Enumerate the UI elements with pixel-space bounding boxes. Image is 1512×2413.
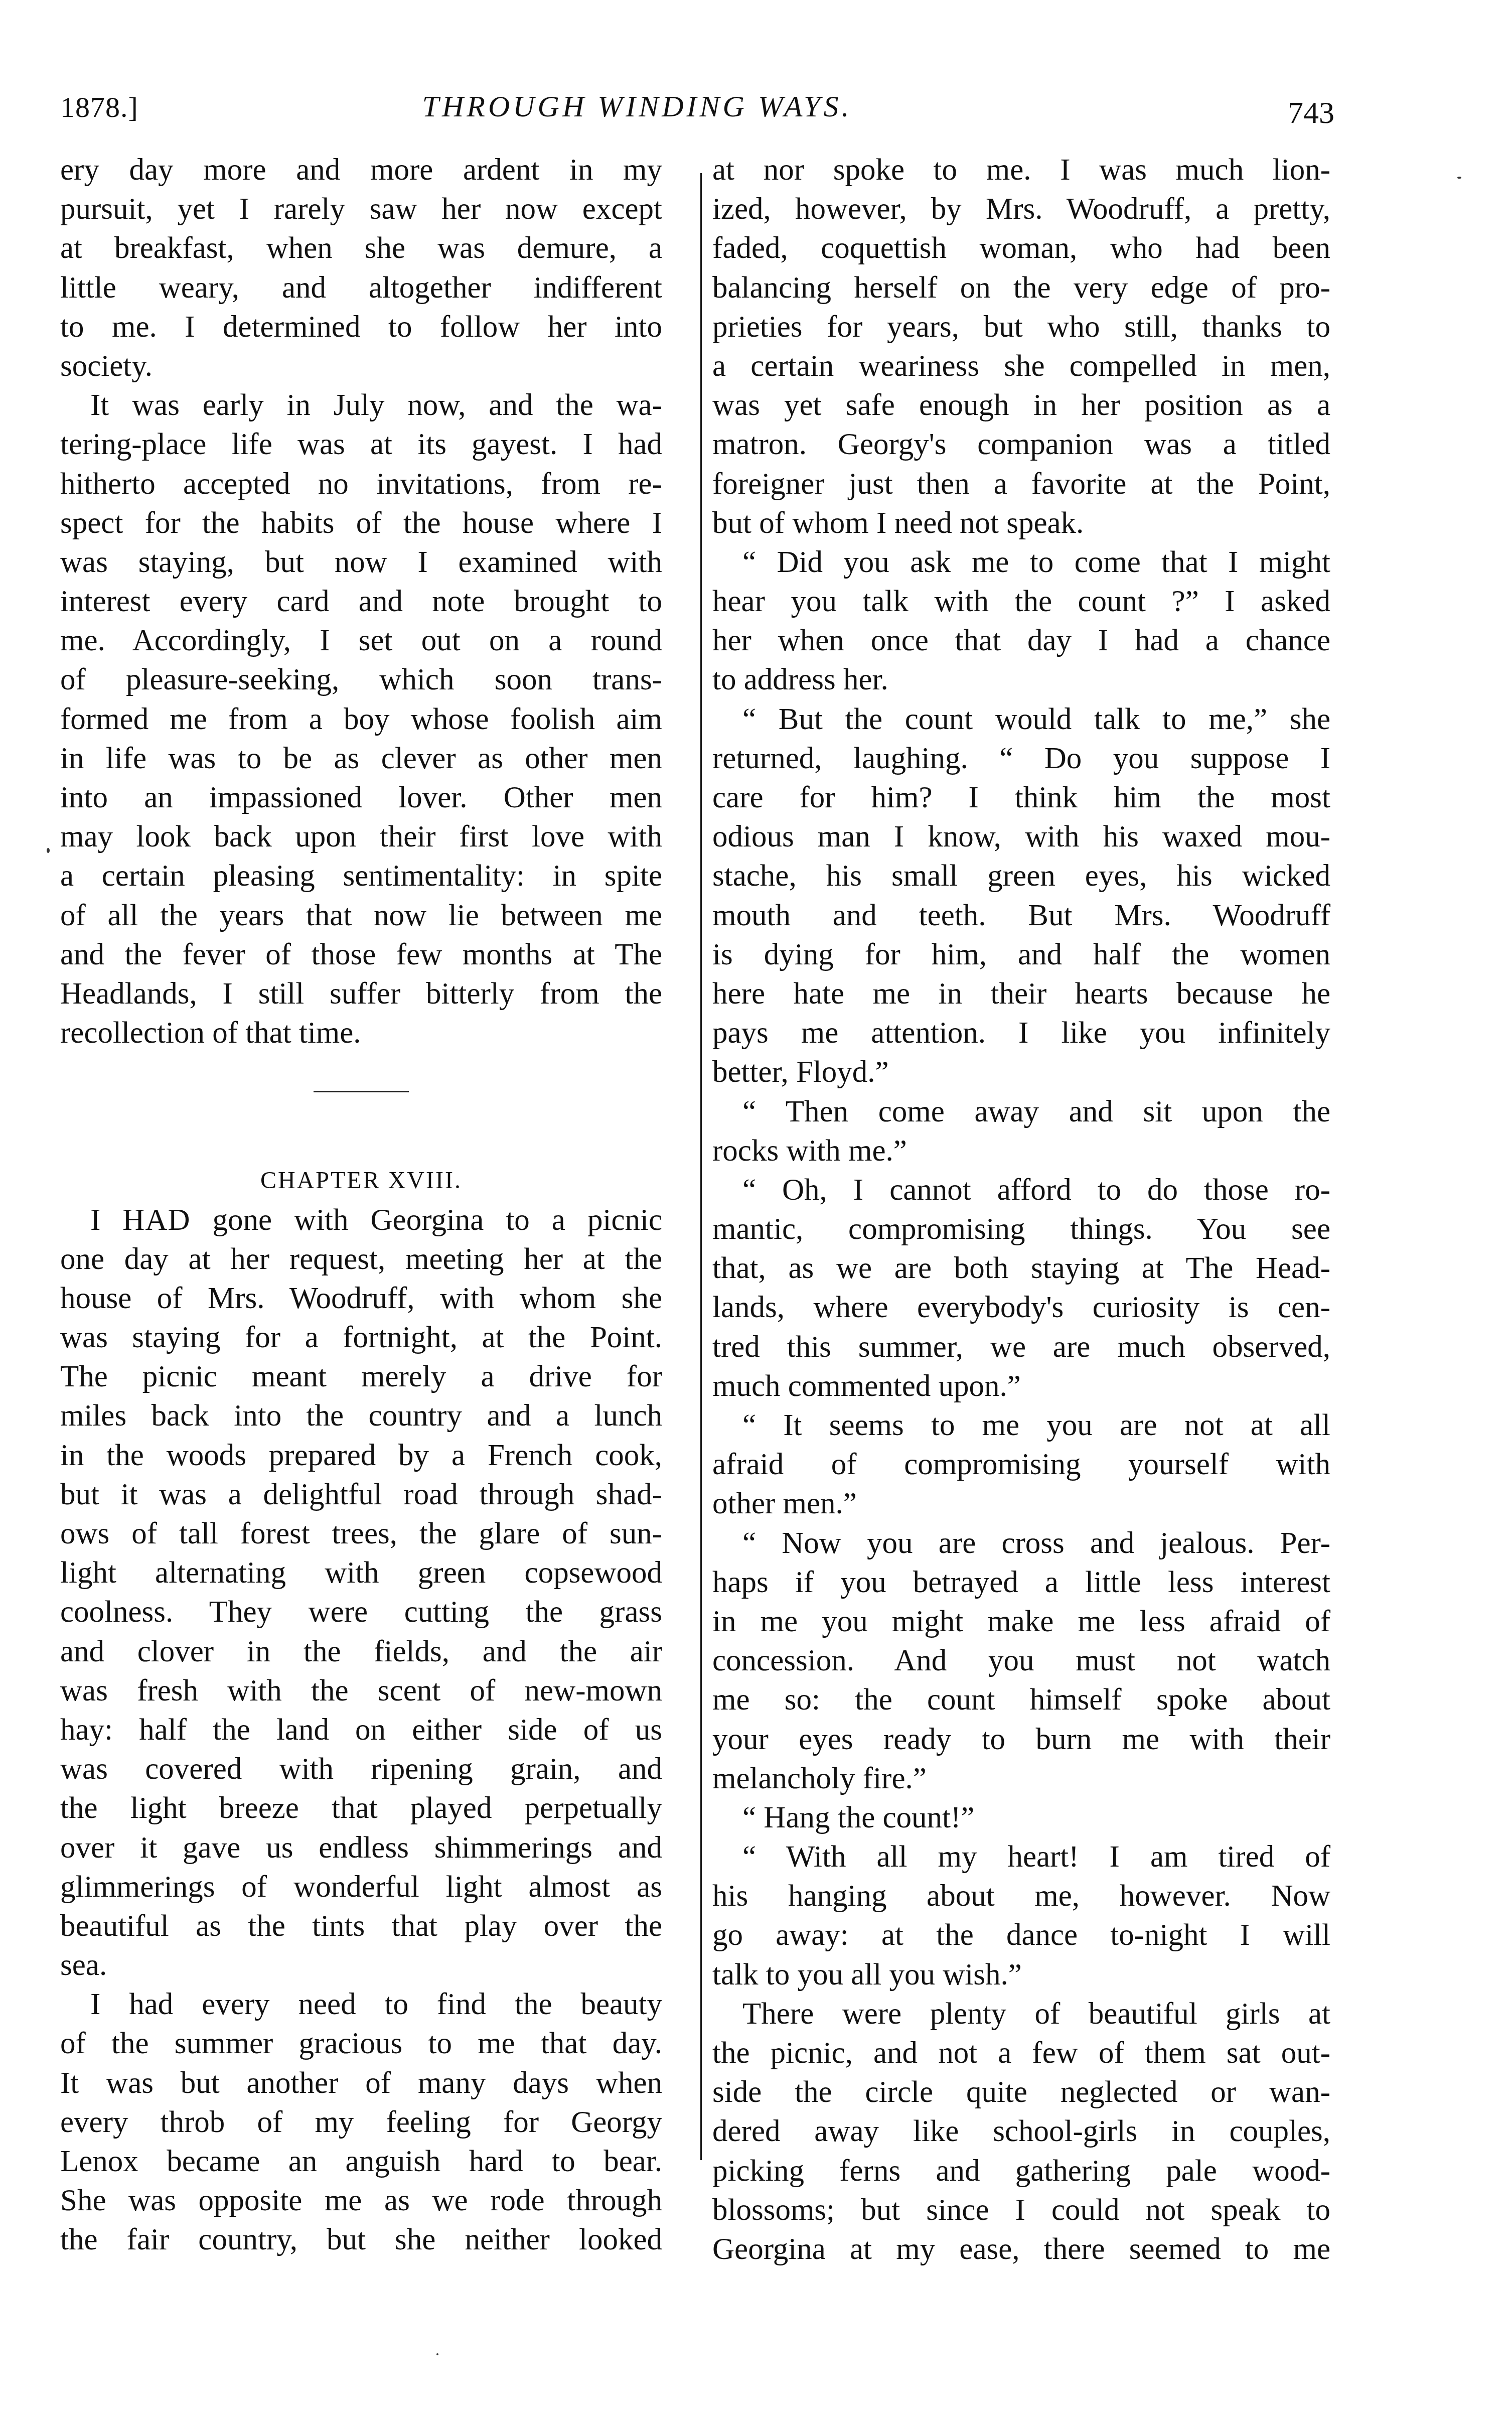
text-line: the fair country, but she neither looked (60, 2220, 662, 2259)
text-line: matron. Georgy's companion was a titled (712, 425, 1330, 464)
text-line: blossoms; but since I could not speak to (712, 2191, 1330, 2230)
text-line: me so: the count himself spoke about (712, 1680, 1330, 1720)
text-line: foreigner just then a favorite at the Po… (712, 465, 1330, 504)
text-line: to address her. (712, 660, 1330, 699)
text-line: at nor spoke to me. I was much lion- (712, 151, 1330, 190)
text-line: formed me from a boy whose foolish aim (60, 700, 662, 739)
text-line: care for him? I think him the most (712, 778, 1330, 817)
text-line: that, as we are both staying at The Head… (712, 1249, 1330, 1288)
text-line: and the fever of those few months at The (60, 935, 662, 974)
text-line: to me. I determined to follow her into (60, 308, 662, 347)
text-line: house of Mrs. Woodruff, with whom she (60, 1279, 662, 1318)
text-line: and clover in the fields, and the air (60, 1632, 662, 1671)
text-line: haps if you betrayed a little less inter… (712, 1563, 1330, 1602)
text-line: of all the years that now lie between me (60, 896, 662, 935)
text-line: go away: at the dance to-night I will (712, 1916, 1330, 1955)
text-line: in the woods prepared by a French cook, (60, 1436, 662, 1475)
text-line: other men.” (712, 1484, 1330, 1523)
text-line: little weary, and altogether indifferent (60, 268, 662, 308)
text-line: returned, laughing. “ Do you suppose I (712, 739, 1330, 778)
text-line: coolness. They were cutting the grass (60, 1593, 662, 1632)
column-divider (700, 173, 702, 2160)
text-line: talk to you all you wish.” (712, 1955, 1330, 1995)
page-number: 743 (1288, 95, 1334, 131)
text-line: your eyes ready to burn me with their (712, 1720, 1330, 1759)
text-line: tering-place life was at its gayest. I h… (60, 425, 662, 464)
text-line: concession. And you must not watch (712, 1641, 1330, 1680)
text-line: his hanging about me, however. Now (712, 1877, 1330, 1916)
text-line: may look back upon their first love with (60, 817, 662, 857)
text-line: was fresh with the scent of new-mown (60, 1671, 662, 1711)
text-line: Georgina at my ease, there seemed to me (712, 2230, 1330, 2269)
scan-speck (1457, 177, 1461, 179)
text-line: ery day more and more ardent in my (60, 151, 662, 190)
text-line: was covered with ripening grain, and (60, 1750, 662, 1789)
text-line: glimmerings of wonderful light almost as (60, 1868, 662, 1907)
text-line: beautiful as the tints that play over th… (60, 1907, 662, 1946)
paragraph-start-line: “ Hang the count!” (712, 1798, 1330, 1837)
text-line: Headlands, I still suffer bitterly from … (60, 974, 662, 1014)
text-line: a certain pleasing sentimentality: in sp… (60, 857, 662, 896)
text-line: was staying, but now I examined with (60, 543, 662, 582)
text-line: much commented upon.” (712, 1367, 1330, 1406)
scan-speck (436, 2353, 438, 2355)
text-line: light alternating with green copsewood (60, 1553, 662, 1593)
text-line: interest every card and note brought to (60, 582, 662, 621)
text-line: into an impassioned lover. Other men (60, 778, 662, 817)
header-title: THROUGH WINDING WAYS. (60, 89, 1334, 124)
right-column: at nor spoke to me. I was much lion- ize… (712, 151, 1330, 2269)
text-line: stache, his small green eyes, his wicked (712, 857, 1330, 896)
text-line: ows of tall forest trees, the glare of s… (60, 1514, 662, 1553)
text-line: pays me attention. I like you infinitely (712, 1014, 1330, 1053)
paragraph-start-line: “ Oh, I cannot afford to do those ro- (712, 1171, 1330, 1210)
paragraph-start-line: “ Did you ask me to come that I might (712, 543, 1330, 582)
text-line: balancing herself on the very edge of pr… (712, 268, 1330, 308)
text-line: Lenox became an anguish hard to bear. (60, 2142, 662, 2181)
text-line: recollection of that time. (60, 1014, 662, 1053)
text-line: afraid of compromising yourself with (712, 1445, 1330, 1484)
text-line: but it was a delightful road through sha… (60, 1475, 662, 1514)
paragraph-start-line: “ It seems to me you are not at all (712, 1406, 1330, 1445)
text-line: hear you talk with the count ?” I asked (712, 582, 1330, 621)
text-line: better, Floyd.” (712, 1053, 1330, 1092)
text-line: prieties for years, but who still, thank… (712, 308, 1330, 347)
text-line: It was but another of many days when (60, 2064, 662, 2103)
text-line: of the summer gracious to me that day. (60, 2024, 662, 2063)
text-line: here hate me in their hearts because he (712, 974, 1330, 1014)
text-line: a certain weariness she compelled in men… (712, 347, 1330, 386)
running-header: 1878.] THROUGH WINDING WAYS. 743 (60, 80, 1334, 125)
text-line: but of whom I need not speak. (712, 504, 1330, 543)
text-line: mantic, compromising things. You see (712, 1210, 1330, 1249)
text-line: odious man I know, with his waxed mou- (712, 817, 1330, 857)
text-line: picking ferns and gathering pale wood- (712, 2152, 1330, 2191)
text-line: spect for the habits of the house where … (60, 504, 662, 543)
text-line: lands, where everybody's curiosity is ce… (712, 1288, 1330, 1327)
text-line: every throb of my feeling for Georgy (60, 2103, 662, 2142)
section-break (60, 1053, 662, 1131)
text-line: mouth and teeth. But Mrs. Woodruff (712, 896, 1330, 935)
paragraph-start-line: “ Now you are cross and jealous. Per- (712, 1524, 1330, 1563)
text-line: The picnic meant merely a drive for (60, 1357, 662, 1396)
text-line: society. (60, 347, 662, 386)
text-line: in life was to be as clever as other men (60, 739, 662, 778)
text-line: faded, coquettish woman, who had been (712, 229, 1330, 268)
text-line: sea. (60, 1946, 662, 1985)
text-line: over it gave us endless shimmerings and (60, 1828, 662, 1868)
text-line: was staying for a fortnight, at the Poin… (60, 1318, 662, 1357)
text-line: miles back into the country and a lunch (60, 1396, 662, 1436)
text-line: the light breeze that played perpetually (60, 1789, 662, 1828)
section-rule (314, 1091, 409, 1092)
text-line: tred this summer, we are much observed, (712, 1328, 1330, 1367)
text-line: She was opposite me as we rode through (60, 2181, 662, 2220)
text-line: at breakfast, when she was demure, a (60, 229, 662, 268)
left-column: ery day more and more ardent in my pursu… (60, 151, 662, 2260)
text-line: pursuit, yet I rarely saw her now except (60, 190, 662, 229)
paragraph-start-line: “ Then come away and sit upon the (712, 1092, 1330, 1131)
text-line: side the circle quite neglected or wan- (712, 2073, 1330, 2112)
text-line: ized, however, by Mrs. Woodruff, a prett… (712, 190, 1330, 229)
text-line: was yet safe enough in her position as a (712, 386, 1330, 425)
text-line: hitherto accepted no invitations, from r… (60, 465, 662, 504)
text-line: of pleasure-seeking, which soon trans- (60, 660, 662, 699)
paragraph-start-line: It was early in July now, and the wa- (60, 386, 662, 425)
text-line: one day at her request, meeting her at t… (60, 1240, 662, 1279)
text-line: melancholy fire.” (712, 1759, 1330, 1798)
paragraph-start-line: I had every need to find the beauty (60, 1985, 662, 2024)
text-line: me. Accordingly, I set out on a round (60, 621, 662, 660)
text-line: the picnic, and not a few of them sat ou… (712, 2034, 1330, 2073)
paragraph-start-line: “ With all my heart! I am tired of (712, 1837, 1330, 1877)
text-line: hay: half the land on either side of us (60, 1711, 662, 1750)
chapter-heading: CHAPTER XVIII. (60, 1161, 662, 1200)
drop-smallcaps: HAD (122, 1203, 190, 1237)
text-line: her when once that day I had a chance (712, 621, 1330, 660)
paragraph-start-line: “ But the count would talk to me,” she (712, 700, 1330, 739)
text-line: rocks with me.” (712, 1131, 1330, 1171)
chapter-first-line: I HAD gone with Georgina to a picnic (60, 1201, 662, 1240)
text-line: in me you might make me less afraid of (712, 1602, 1330, 1641)
text-line: is dying for him, and half the women (712, 935, 1330, 974)
text-line: dered away like school-girls in couples, (712, 2112, 1330, 2151)
scan-speck (47, 848, 50, 853)
paragraph-start-line: There were plenty of beautiful girls at (712, 1995, 1330, 2034)
